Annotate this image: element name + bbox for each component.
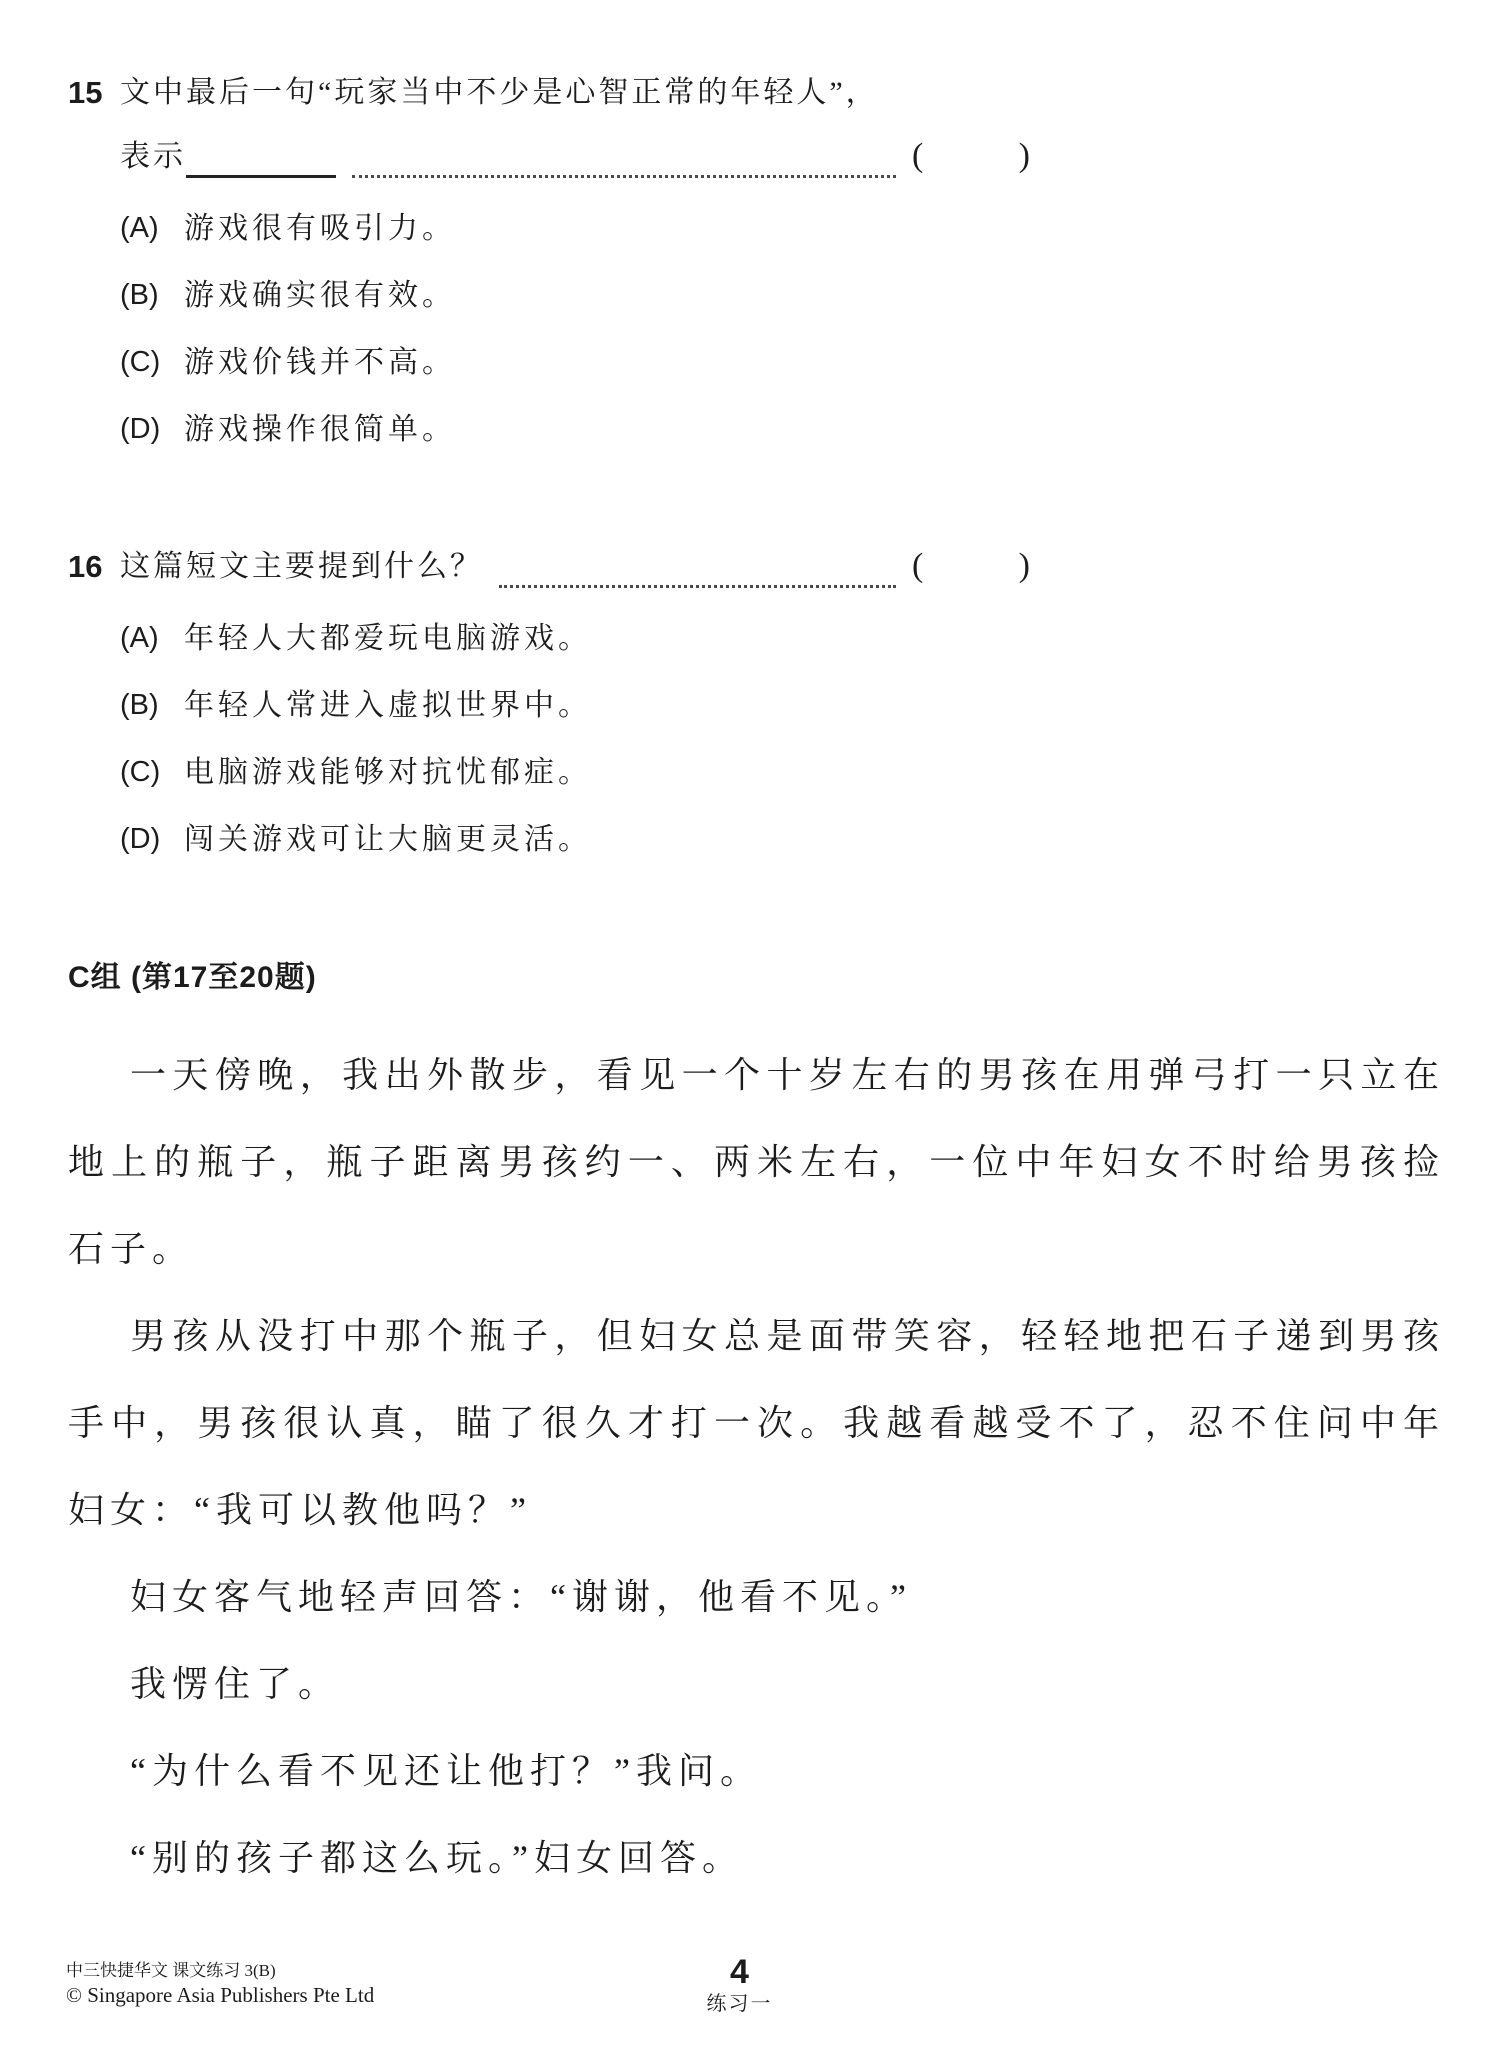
question-15-stem-prefix: 表示: [120, 136, 186, 178]
question-15-number: 15: [68, 72, 120, 450]
option-text: 电脑游戏能够对抗忧郁症。: [184, 752, 592, 793]
option-label: (C): [120, 342, 184, 383]
option-label: (A): [120, 208, 184, 249]
passage-paragraph: 男孩从没打中那个瓶子，但妇女总是面带笑容，轻轻地把石子递到男孩手中，男孩很认真，…: [68, 1293, 1445, 1554]
option-label: (B): [120, 685, 184, 726]
dotted-leader: [499, 573, 896, 588]
question-15-options: (A) 游戏很有吸引力。 (B) 游戏确实很有效。 (C) 游戏价钱并不高。: [120, 208, 1030, 450]
section-c-heading: C组 (第17至20题): [68, 952, 1445, 996]
option-label: (A): [120, 618, 184, 659]
option-row: (A) 年轻人大都爱玩电脑游戏。: [120, 618, 1030, 659]
option-row: (C) 电脑游戏能够对抗忧郁症。: [120, 752, 1030, 793]
option-label: (B): [120, 275, 184, 316]
option-row: (D) 闯关游戏可让大脑更灵活。: [120, 819, 1030, 860]
question-15-stem: 文中最后一句“玩家当中不少是心智正常的年轻人”，: [120, 72, 1030, 114]
option-row: (A) 游戏很有吸引力。: [120, 208, 1030, 249]
option-row: (D) 游戏操作很简单。: [120, 409, 1030, 450]
option-row: (C) 游戏价钱并不高。: [120, 342, 1030, 383]
option-label: (D): [120, 819, 184, 860]
question-16-number: 16: [68, 546, 120, 860]
passage-paragraph: “为什么看不见还让他打？”我问。: [68, 1728, 1445, 1815]
option-label: (D): [120, 409, 184, 450]
reading-passage: 一天傍晚，我出外散步，看见一个十岁左右的男孩在用弹弓打一只立在地上的瓶子，瓶子距…: [68, 1032, 1445, 1902]
answer-parentheses: ( ): [912, 134, 1030, 178]
exercise-label: 练习一: [0, 1989, 1479, 2019]
dotted-leader: [352, 163, 896, 178]
option-text: 游戏很有吸引力。: [184, 208, 456, 249]
worksheet-page: 15 文中最后一句“玩家当中不少是心智正常的年轻人”， 表示 ( ): [0, 0, 1509, 2059]
paren-close: ): [1019, 134, 1030, 178]
option-text: 年轻人常进入虚拟世界中。: [184, 685, 592, 726]
page-number: 4: [0, 1955, 1479, 1989]
question-16-stem: 这篇短文主要提到什么？: [120, 546, 483, 588]
page-content: 15 文中最后一句“玩家当中不少是心智正常的年轻人”， 表示 ( ): [68, 72, 1445, 1902]
answer-parentheses: ( ): [912, 544, 1030, 588]
question-16: 16 这篇短文主要提到什么？ ( ) (A) 年轻人大都爱玩电脑游戏。: [68, 546, 1030, 860]
option-text: 闯关游戏可让大脑更灵活。: [184, 819, 592, 860]
option-row: (B) 年轻人常进入虚拟世界中。: [120, 685, 1030, 726]
option-text: 游戏确实很有效。: [184, 275, 456, 316]
passage-paragraph: 一天傍晚，我出外散步，看见一个十岁左右的男孩在用弹弓打一只立在地上的瓶子，瓶子距…: [68, 1032, 1445, 1293]
paren-open: (: [912, 134, 923, 178]
option-label: (C): [120, 752, 184, 793]
paren-close: ): [1019, 544, 1030, 588]
option-text: 年轻人大都爱玩电脑游戏。: [184, 618, 592, 659]
footer-center: 4 练习一: [0, 1955, 1479, 2019]
paren-open: (: [912, 544, 923, 588]
question-16-options: (A) 年轻人大都爱玩电脑游戏。 (B) 年轻人常进入虚拟世界中。 (C) 电脑…: [120, 618, 1030, 860]
question-15: 15 文中最后一句“玩家当中不少是心智正常的年轻人”， 表示 ( ): [68, 72, 1030, 450]
passage-paragraph: “别的孩子都这么玩。”妇女回答。: [68, 1815, 1445, 1902]
passage-paragraph: 我愣住了。: [68, 1641, 1445, 1728]
option-text: 游戏操作很简单。: [184, 409, 456, 450]
option-row: (B) 游戏确实很有效。: [120, 275, 1030, 316]
passage-paragraph: 妇女客气地轻声回答：“谢谢，他看不见。”: [68, 1554, 1445, 1641]
question-16-answer-line: 这篇短文主要提到什么？ ( ): [120, 546, 1030, 588]
question-15-answer-line: 表示 ( ): [120, 130, 1030, 178]
fill-in-blank: [186, 139, 336, 178]
option-text: 游戏价钱并不高。: [184, 342, 456, 383]
